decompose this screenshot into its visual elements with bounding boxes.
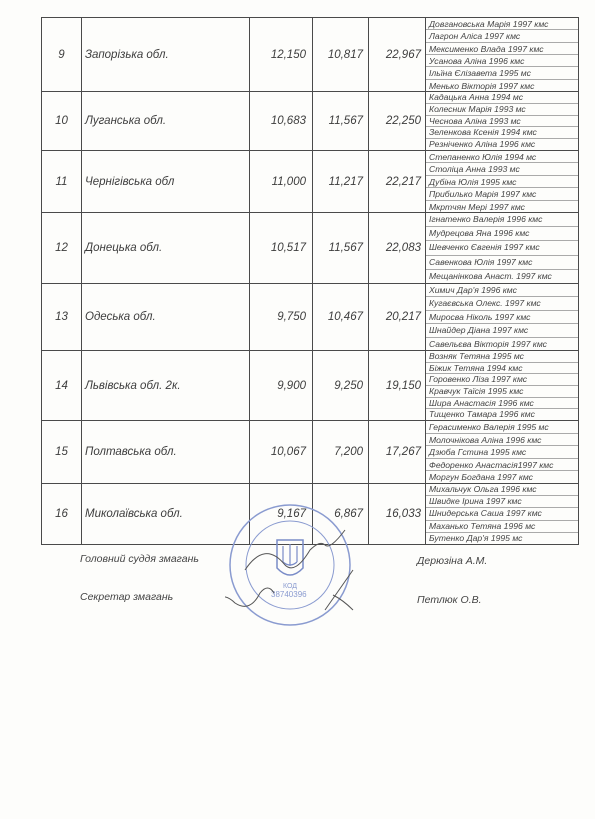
score-1: 11,000	[250, 151, 313, 212]
team-member: Ігнатенко Валерія 1996 кмс	[426, 213, 578, 227]
team-member: Століца Анна 1993 мс	[426, 163, 578, 175]
total-score: 20,217	[369, 284, 426, 350]
team-roster: Степаненко Юлія 1994 мсСтоліца Анна 1993…	[426, 151, 579, 212]
place-number: 9	[42, 18, 82, 91]
chief-judge-label: Головний суддя змагань	[80, 553, 199, 565]
team-member: Шнайдер Діана 1997 кмс	[426, 324, 578, 337]
team-member: Савельєва Вікторія 1997 кмс	[426, 338, 578, 350]
team-roster: Михальчук Ольга 1996 кмсШвидке Ірина 199…	[426, 484, 579, 544]
score-2: 9,250	[313, 351, 369, 420]
region-name: Донецька обл.	[82, 213, 250, 283]
team-member: Прибилько Марія 1997 кмс	[426, 188, 578, 200]
chief-judge-name: Дерюзіна А.М.	[417, 555, 487, 567]
team-member: Менько Вікторія 1997 кмс	[426, 80, 578, 91]
team-member: Зеленкова Ксенія 1994 кмс	[426, 127, 578, 139]
team-member: Герасименко Валерія 1995 мс	[426, 421, 578, 434]
team-member: Химич Дар'я 1996 кмс	[426, 284, 578, 297]
team-member: Мудрецова Яна 1996 кмс	[426, 227, 578, 241]
team-member: Савенкова Юлія 1997 кмс	[426, 256, 578, 270]
team-member: Шевченко Євгенія 1997 кмс	[426, 241, 578, 255]
team-member: Миросва Ніколь 1997 кмс	[426, 311, 578, 324]
score-1: 10,517	[250, 213, 313, 283]
team-member: Возняк Тетяна 1995 мс	[426, 351, 578, 363]
score-2: 7,200	[313, 421, 369, 483]
signature-block: Головний суддя змагань Дерюзіна А.М. Сек…	[80, 547, 500, 617]
region-name: Одеська обл.	[82, 284, 250, 350]
place-number: 13	[42, 284, 82, 350]
team-member: Чеснова Аліна 1993 мс	[426, 116, 578, 128]
team-member: Колесник Марія 1993 мс	[426, 104, 578, 116]
place-number: 12	[42, 213, 82, 283]
table-row: 10Луганська обл.10,68311,56722,250Кадаць…	[42, 92, 579, 151]
team-roster: Ігнатенко Валерія 1996 кмсМудрецова Яна …	[426, 213, 579, 283]
team-roster: Герасименко Валерія 1995 мсМолочнікова А…	[426, 421, 579, 483]
team-member: Усанова Аліна 1996 кмс	[426, 55, 578, 67]
total-score: 16,033	[369, 484, 426, 544]
team-member: Молочнікова Аліна 1996 кмс	[426, 434, 578, 447]
team-member: Кадацька Анна 1994 мс	[426, 92, 578, 104]
team-member: Ільїна Єлізавета 1995 мс	[426, 67, 578, 79]
results-table: 9Запорізька обл.12,15010,81722,967Довган…	[41, 17, 579, 545]
team-member: Бутенко Дар'я 1995 мс	[426, 533, 578, 544]
team-member: Швидке Ірина 1997 кмс	[426, 496, 578, 508]
team-member: Мещанінкова Анаст. 1997 кмс	[426, 270, 578, 283]
team-roster: Возняк Тетяна 1995 мсБіжик Тетяна 1994 к…	[426, 351, 579, 420]
team-member: Дубіна Юлія 1995 кмс	[426, 176, 578, 188]
team-roster: Довгановська Марія 1997 кмсЛагрон Аліса …	[426, 18, 579, 91]
table-row: 9Запорізька обл.12,15010,81722,967Довган…	[42, 18, 579, 92]
team-member: Резніченко Аліна 1996 кмс	[426, 139, 578, 150]
team-member: Шнидерська Саша 1997 кмс	[426, 508, 578, 520]
team-member: Довгановська Марія 1997 кмс	[426, 18, 578, 30]
total-score: 17,267	[369, 421, 426, 483]
score-2: 10,817	[313, 18, 369, 91]
team-member: Маханько Тетяна 1996 мс	[426, 521, 578, 533]
score-1: 10,067	[250, 421, 313, 483]
team-roster: Кадацька Анна 1994 мсКолесник Марія 1993…	[426, 92, 579, 150]
table-row: 15Полтавська обл.10,0677,20017,267Гераси…	[42, 421, 579, 484]
team-member: Мкртчян Мері 1997 кмс	[426, 201, 578, 212]
score-1: 9,900	[250, 351, 313, 420]
table-row: 14Львівська обл. 2к.9,9009,25019,150Возн…	[42, 351, 579, 421]
region-name: Полтавська обл.	[82, 421, 250, 483]
secretary-name: Петлюк О.В.	[417, 594, 482, 606]
score-2: 11,217	[313, 151, 369, 212]
score-2: 10,467	[313, 284, 369, 350]
team-member: Степаненко Юлія 1994 мс	[426, 151, 578, 163]
total-score: 22,217	[369, 151, 426, 212]
total-score: 22,250	[369, 92, 426, 150]
region-name: Львівська обл. 2к.	[82, 351, 250, 420]
place-number: 15	[42, 421, 82, 483]
region-name: Чернігівська обл	[82, 151, 250, 212]
table-row: 11Чернігівська обл11,00011,21722,217Степ…	[42, 151, 579, 213]
total-score: 22,967	[369, 18, 426, 91]
team-member: Лагрон Аліса 1997 кмс	[426, 30, 578, 42]
team-member: Тищенко Тамара 1996 кмс	[426, 409, 578, 420]
place-number: 14	[42, 351, 82, 420]
team-member: Михальчук Ольга 1996 кмс	[426, 484, 578, 496]
score-2: 11,567	[313, 213, 369, 283]
team-member: Кравчук Таїсія 1995 кмс	[426, 386, 578, 398]
place-number: 10	[42, 92, 82, 150]
total-score: 22,083	[369, 213, 426, 283]
team-member: Федоренко Анастасія1997 кмс	[426, 459, 578, 472]
table-row: 13Одеська обл.9,75010,46720,217Химич Дар…	[42, 284, 579, 351]
team-member: Горовенко Ліза 1997 кмс	[426, 374, 578, 386]
region-name: Запорізька обл.	[82, 18, 250, 91]
team-member: Дзюба Гстина 1995 кмс	[426, 446, 578, 459]
place-number: 11	[42, 151, 82, 212]
team-roster: Химич Дар'я 1996 кмсКугаєвська Олекс. 19…	[426, 284, 579, 350]
score-1: 9,750	[250, 284, 313, 350]
score-1: 12,150	[250, 18, 313, 91]
region-name: Луганська обл.	[82, 92, 250, 150]
team-member: Мексименко Влада 1997 кмс	[426, 43, 578, 55]
secretary-label: Секретар змагань	[80, 591, 173, 603]
team-member: Кугаєвська Олекс. 1997 кмс	[426, 297, 578, 310]
place-number: 16	[42, 484, 82, 544]
total-score: 19,150	[369, 351, 426, 420]
team-member: Біжик Тетяна 1994 кмс	[426, 363, 578, 375]
score-2: 11,567	[313, 92, 369, 150]
score-1: 10,683	[250, 92, 313, 150]
team-member: Моргун Богдана 1997 кмс	[426, 471, 578, 483]
team-member: Шира Анастасія 1996 кмс	[426, 398, 578, 410]
table-row: 12Донецька обл.10,51711,56722,083Ігнатен…	[42, 213, 579, 284]
